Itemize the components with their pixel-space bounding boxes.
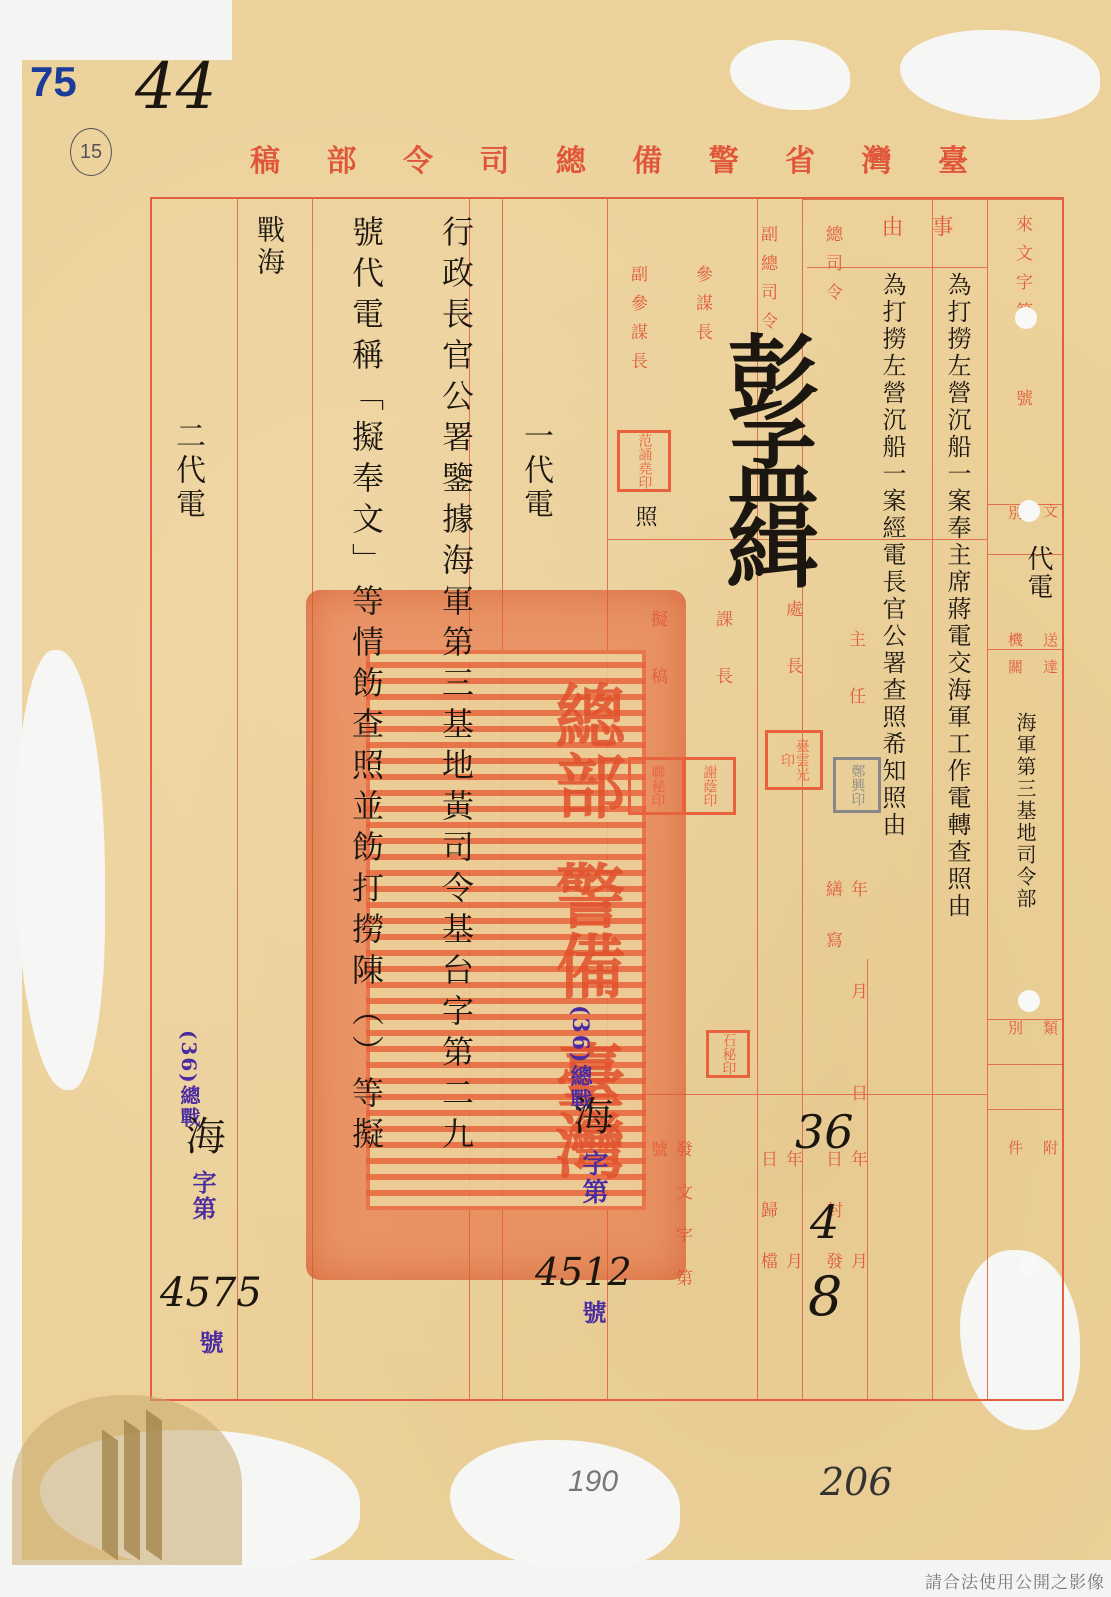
recipient-2: 二代電: [172, 420, 202, 522]
label-deputy-chief-of-staff: 副參謀長: [625, 265, 650, 381]
delivery-agency-value: 海軍第三基地司令部: [1015, 712, 1035, 910]
punch-hole: [1018, 1255, 1040, 1277]
form-title-char: 警: [709, 136, 741, 180]
form-title: 臺 灣 省 警 備 總 司 令 部 稿: [250, 136, 970, 180]
subject-label-2: 由: [875, 215, 906, 249]
form-title-char: 灣: [862, 136, 894, 180]
form-title-char: 臺: [938, 136, 970, 180]
doc-type-value: 代電: [1025, 545, 1051, 601]
seal-lian: 聯秘印: [628, 757, 686, 815]
ref-stamp-left-label: 字第: [185, 1170, 220, 1222]
form-title-char: 令: [403, 136, 435, 180]
ref-stamp-left-prefix: (36)總戰: [175, 1030, 204, 1129]
form-title-char: 部: [327, 136, 359, 180]
subject-line-2: 為打撈左營沉船一案經電長官公署查照希知照由: [880, 272, 904, 1072]
usage-watermark: 請合法使用公開之影像: [925, 1568, 1105, 1593]
label-delivery-1: 送達: [1040, 632, 1061, 686]
sent-day: 8: [808, 1265, 842, 1328]
page-number-ink: 206: [820, 1460, 893, 1504]
label-attachments-2: 件: [1005, 1140, 1026, 1167]
form-title-char: 省: [785, 136, 817, 180]
label-director: 處長: [780, 600, 805, 714]
ref-stamp-right-label: 字第: [575, 1150, 612, 1206]
label-commander: 總司令: [820, 225, 845, 312]
label-supervisor: 主任: [843, 630, 868, 744]
subject-line-1: 為打撈左營沉船一案奉主席蔣電交海軍工作電轉查照由: [945, 272, 969, 1072]
punch-hole: [1015, 307, 1037, 329]
seal-zheng: 鄭興印: [833, 757, 881, 813]
label-category-1: 類: [1040, 1020, 1061, 1047]
form-title-char: 總: [556, 136, 588, 180]
seal-shi: 石秘印: [706, 1030, 750, 1078]
body-text-column-2: 號代電稱「擬奉文」等情飭查照並飭打撈陳（）等擬: [350, 215, 382, 1385]
ref-stamp-left-char: 海: [182, 1115, 222, 1159]
commander-signature: 彭孟緝: [720, 330, 812, 582]
page-number-pencil: 190: [568, 1465, 618, 1499]
ref-stamp-right-suffix: 號: [575, 1300, 610, 1326]
body-text-column-1: 行政長官公署鑒據海軍第三基地黃司令基台字第二九: [440, 215, 472, 1385]
ref-stamp-left-suffix: 號: [192, 1330, 227, 1356]
label-deputy-commander: 副總司令: [755, 225, 780, 341]
punch-hole: [1018, 990, 1040, 1012]
approval-mark: 照: [633, 505, 655, 531]
seal-fan: 范誦堯印: [617, 430, 671, 492]
form-title-char: 備: [632, 136, 664, 180]
form-title-char: 稿: [250, 136, 282, 180]
seal-xie: 謝蔭印: [682, 757, 736, 815]
subject-label-1: 事: [925, 215, 956, 249]
label-doc-type-1: 文: [1040, 503, 1061, 530]
body-text-column-3: 戰海: [255, 215, 283, 279]
archive-logo-icon: [12, 1395, 242, 1565]
stamp-number: 75: [30, 58, 77, 106]
label-category-2: 別: [1005, 1020, 1026, 1047]
sent-year: 36: [795, 1105, 854, 1159]
circled-number: 15: [70, 128, 112, 176]
form-title-char: 司: [479, 136, 511, 180]
seal-tai-yunguang: 臺雲光印: [765, 730, 823, 790]
recipient-1: 一代電: [520, 420, 550, 522]
label-filed-date: 年 月 日歸檔: [755, 1150, 805, 1400]
ref-stamp-right-number: 4512: [535, 1250, 632, 1294]
handwritten-number: 44: [135, 50, 216, 124]
label-delivery-2: 機關: [1005, 632, 1026, 686]
ref-stamp-left-number: 4575: [160, 1270, 262, 1316]
label-section-chief: 課長: [710, 610, 735, 724]
label-attachments-1: 附: [1040, 1140, 1061, 1167]
label-drafted-date: 年 月 日繕寫: [820, 880, 870, 1140]
punch-hole: [1018, 500, 1040, 522]
ref-stamp-right-char: 海: [570, 1095, 610, 1139]
sent-month: 4: [810, 1195, 839, 1249]
